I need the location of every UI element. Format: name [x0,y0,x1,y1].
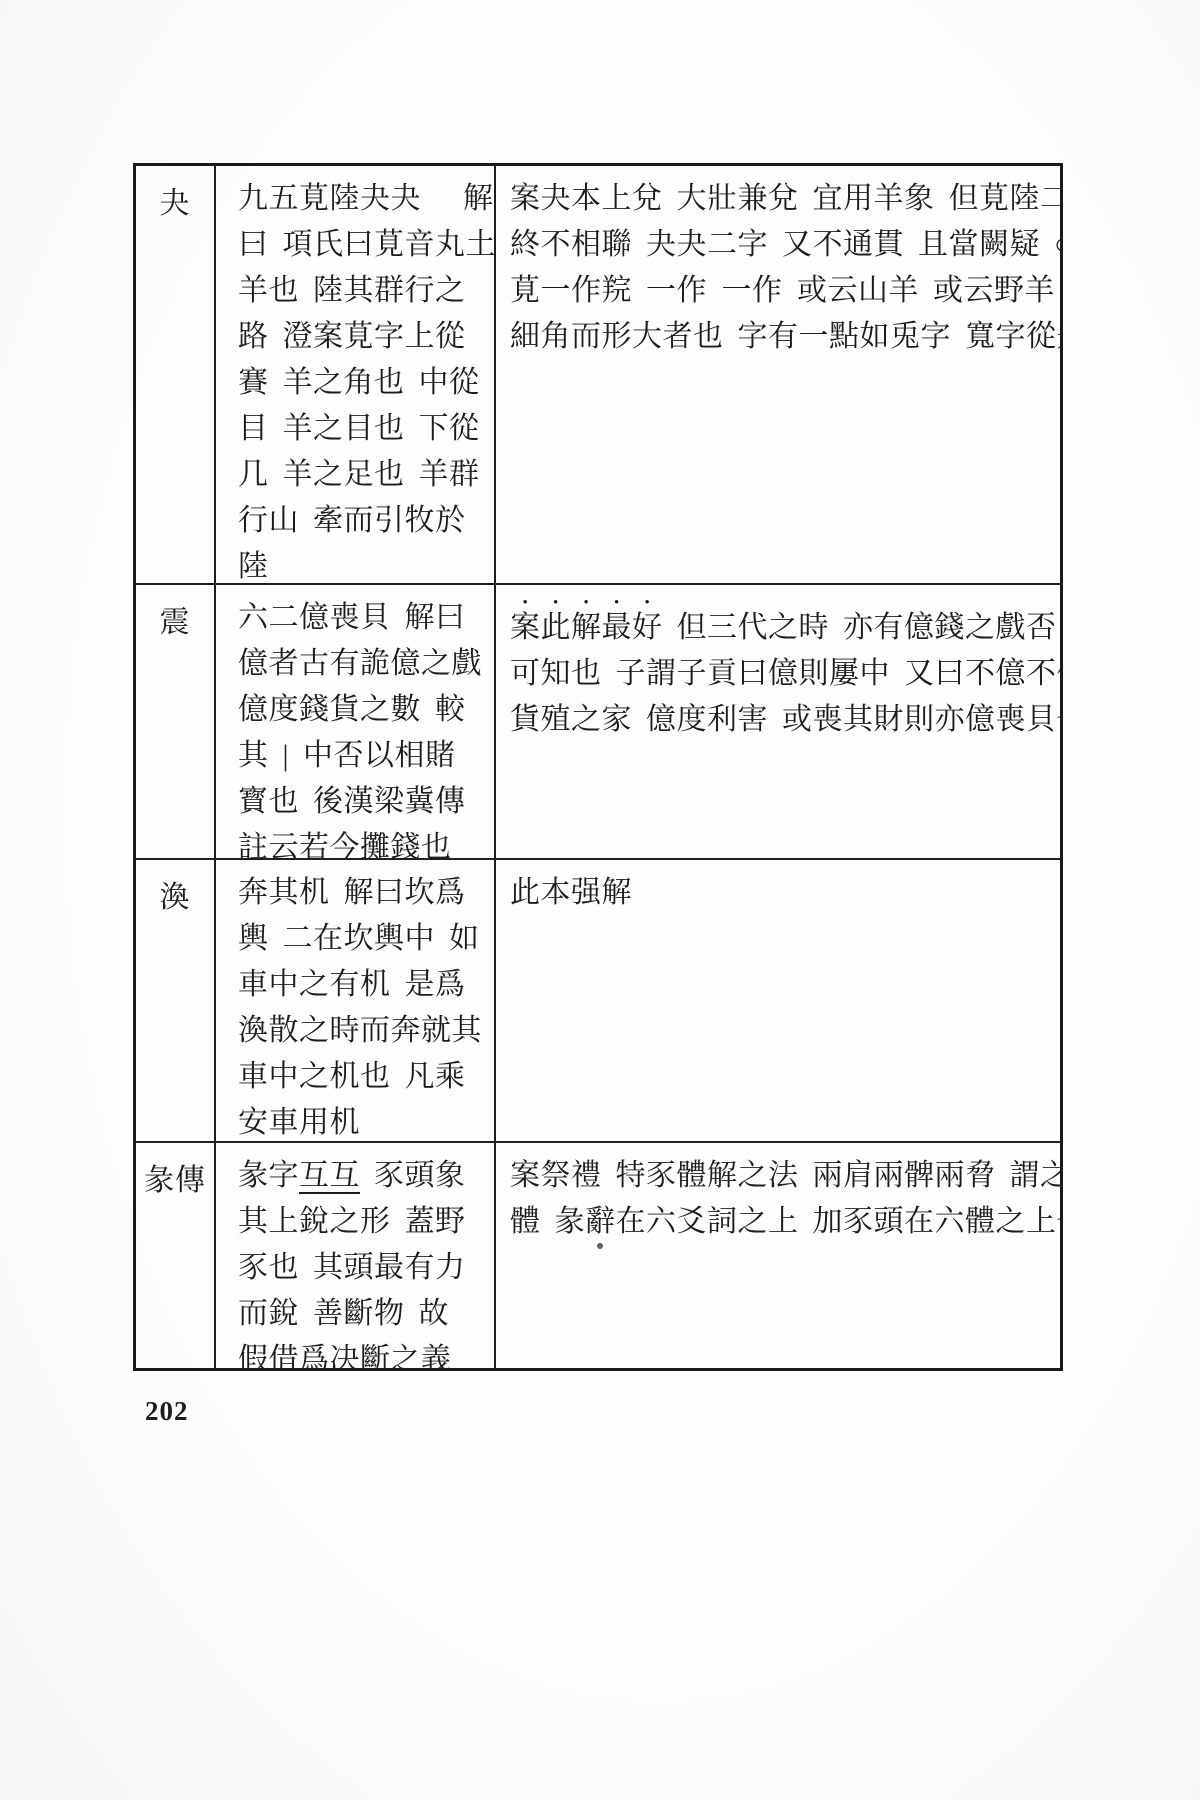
text-line: 體 彖辭在六爻詞之上 加豕頭在六體之上也 [510,1199,1052,1245]
text-line: 貨殖之家 億度利害 或喪其財則亦億喪貝也 [510,697,1052,743]
text-segment: 目 羊之目也 下從 [238,412,480,445]
text-line: 莧一作羦 一作𦍡 一作𦍻 或云山羊 或云野羊 [510,268,1052,314]
page: 夬 九五莧陸夬夬 解曰 項氏曰莧音丸土羊也 陸其群行之路 澄案莧字上從賽 羊之角… [0,0,1200,1800]
text-segment: 細角而形大者也 字有一點如兎字 寬字從是也 [510,320,1060,353]
hexagram-label-cell: 彖傳 [136,1143,216,1368]
text-segment: 六二億喪貝 解曰 [238,601,466,634]
text-segment: 車中之有机 是爲 [238,968,466,1001]
text-segment: 終不相聯 夬夬二字 又不通貫 且當闕疑 ○ [510,228,1060,261]
text-segment: 案夬本上兌 大壯兼兌 宜用羊象 但莧陸二字 [510,182,1060,215]
table-row: 夬 九五莧陸夬夬 解曰 項氏曰莧音丸土羊也 陸其群行之路 澄案莧字上從賽 羊之角… [136,166,1060,585]
table-row: 震 六二億喪貝 解曰億者古有詭億之戲億度錢貨之數 較其 | 中否以相賭寳也 後漢… [136,585,1060,860]
text-line: 几 羊之足也 羊群 [238,452,488,498]
text-segment: 彖字 [238,1159,299,1192]
text-line: 行山 牽而引牧於 [238,498,488,544]
hexagram-label: 渙 [160,881,191,914]
text-line: 億度錢貨之數 較 [238,687,488,733]
text-segment: 寳也 後漢梁冀傳 [238,785,466,818]
commentary-cell: 六二億喪貝 解曰億者古有詭億之戲億度錢貨之數 較其 | 中否以相賭寳也 後漢梁冀… [216,585,496,858]
hexagram-label-cell: 夬 [136,166,216,583]
text-line: 陸 [238,544,488,583]
note-cell: 案此解最好 但三代之時 亦有億錢之戲否 未可知也 子謂子貢曰億則屢中 又曰不億不… [496,585,1060,858]
text-line: 可知也 子謂子貢曰億則屢中 又曰不億不信 [510,651,1052,697]
text-segment: 體 彖辭在六爻詞之上 加豕頭在六體之上也 [510,1205,1060,1238]
text-segment: 渙散之時而奔就其 [238,1014,482,1047]
text-line: 其上銳之形 蓋野 [238,1199,488,1245]
text-segment: 假借爲决斷之義 [238,1343,452,1368]
text-segment: 莧一作羦 一作𦍡 一作𦍻 或云山羊 或云野羊 [510,274,1055,307]
text-line: 車中之机也 凡乘 [238,1054,488,1100]
text-line: 寳也 後漢梁冀傳 [238,779,488,825]
text-segment: 而銳 善斷物 故 [238,1297,449,1330]
text-line: 車中之有机 是爲 [238,962,488,1008]
commentary-cell: 九五莧陸夬夬 解曰 項氏曰莧音丸土羊也 陸其群行之路 澄案莧字上從賽 羊之角也 … [216,166,496,583]
text-segment: 億者古有詭億之戲 [238,647,482,680]
text-segment: 豕頭象 [360,1159,466,1192]
text-segment: 億度錢貨之數 較 [238,693,466,726]
commentary-cell: 奔其机 解曰坎爲輿 二在坎輿中 如車中之有机 是爲渙散之時而奔就其車中之机也 凡… [216,860,496,1141]
text-line: 而銳 善斷物 故 [238,1291,488,1337]
text-line: 終不相聯 夬夬二字 又不通貫 且當闕疑 ○ [510,222,1052,268]
text-segment: 曰 項氏曰莧音丸土 [238,228,496,261]
text-line: 路 澄案莧字上從 [238,314,488,360]
book-table: 夬 九五莧陸夬夬 解曰 項氏曰莧音丸土羊也 陸其群行之路 澄案莧字上從賽 羊之角… [133,163,1063,1371]
text-segment: 九五莧陸夬夬 解 [238,182,494,215]
text-line: 賽 羊之角也 中從 [238,360,488,406]
text-line: 案此解最好 但三代之時 亦有億錢之戲否 未 [510,595,1052,651]
text-line: 案祭禮 特豕體解之法 兩肩兩髀兩脅 謂之六 [510,1153,1052,1199]
text-line: 豕也 其頭最有力 [238,1245,488,1291]
text-line: 註云若今攤錢也 [238,825,488,858]
text-segment: 其上銳之形 蓋野 [238,1205,466,1238]
page-number: 202 [145,1396,189,1427]
text-line: 六二億喪貝 解曰 [238,595,488,641]
text-segment: 註云若今攤錢也 [238,831,452,858]
text-segment: 几 羊之足也 羊群 [238,458,480,491]
text-line: 羊也 陸其群行之 [238,268,488,314]
text-segment: 安車用机 [238,1106,360,1139]
text-segment: 其 | 中否以相賭 [238,739,456,772]
text-segment: 行山 牽而引牧於 [238,504,466,537]
text-segment: 貨殖之家 億度利害 或喪其財則亦億喪貝也 [510,703,1060,736]
text-segment: 但三代之時 亦有億錢之戲否 未 [663,611,1061,644]
note-cell: 案夬本上兌 大壯兼兌 宜用羊象 但莧陸二字終不相聯 夬夬二字 又不通貫 且當闕疑… [496,166,1060,583]
text-line: 彖字互互 豕頭象 [238,1153,488,1199]
underlined-text: 互互 [299,1159,360,1194]
hexagram-label: 彖傳 [144,1164,206,1197]
note-cell: 此本强解 [496,860,1060,1141]
text-line: 渙散之時而奔就其 [238,1008,488,1054]
text-line: 安車用机 [238,1100,488,1141]
hexagram-label: 夬 [160,187,191,220]
text-line: 目 羊之目也 下從 [238,406,488,452]
text-line: 其 | 中否以相賭 [238,733,488,779]
table-row: 渙 奔其机 解曰坎爲輿 二在坎輿中 如車中之有机 是爲渙散之時而奔就其車中之机也… [136,860,1060,1143]
text-line: 奔其机 解曰坎爲 [238,870,488,916]
text-segment: 車中之机也 凡乘 [238,1060,466,1093]
hexagram-label-cell: 渙 [136,860,216,1141]
text-segment: 豕也 其頭最有力 [238,1251,466,1284]
note-cell: 案祭禮 特豕體解之法 兩肩兩髀兩脅 謂之六體 彖辭在六爻詞之上 加豕頭在六體之上… [496,1143,1060,1368]
text-segment: 羊也 陸其群行之 [238,274,466,307]
text-line: 案夬本上兌 大壯兼兌 宜用羊象 但莧陸二字 [510,176,1052,222]
text-line: 曰 項氏曰莧音丸土 [238,222,488,268]
hexagram-label-cell: 震 [136,585,216,858]
text-segment: 陸 [238,550,269,583]
hexagram-label: 震 [160,606,191,639]
table-row: 彖傳 彖字互互 豕頭象其上銳之形 蓋野豕也 其頭最有力而銳 善斷物 故假借爲决斷… [136,1143,1060,1368]
text-segment: 可知也 子謂子貢曰億則屢中 又曰不億不信 [510,657,1060,690]
text-segment: 輿 二在坎輿中 如 [238,922,480,955]
text-line: 輿 二在坎輿中 如 [238,916,488,962]
text-segment: 賽 羊之角也 中從 [238,366,480,399]
text-line: 此本强解 [510,870,1052,916]
text-segment: 案祭禮 特豕體解之法 兩肩兩髀兩脅 謂之六 [510,1159,1060,1192]
text-segment: 奔其机 解曰坎爲 [238,876,466,909]
text-segment: 路 澄案莧字上從 [238,320,466,353]
emphasized-text: 案此解最好 [510,611,663,644]
text-segment: 此本强解 [510,876,632,909]
text-line: 億者古有詭億之戲 [238,641,488,687]
commentary-cell: 彖字互互 豕頭象其上銳之形 蓋野豕也 其頭最有力而銳 善斷物 故假借爲决斷之義 [216,1143,496,1368]
text-line: 九五莧陸夬夬 解 [238,176,488,222]
text-line: 假借爲决斷之義 [238,1337,488,1368]
scan-artifact-dot [597,1243,603,1249]
text-line: 細角而形大者也 字有一點如兎字 寬字從是也 [510,314,1052,360]
